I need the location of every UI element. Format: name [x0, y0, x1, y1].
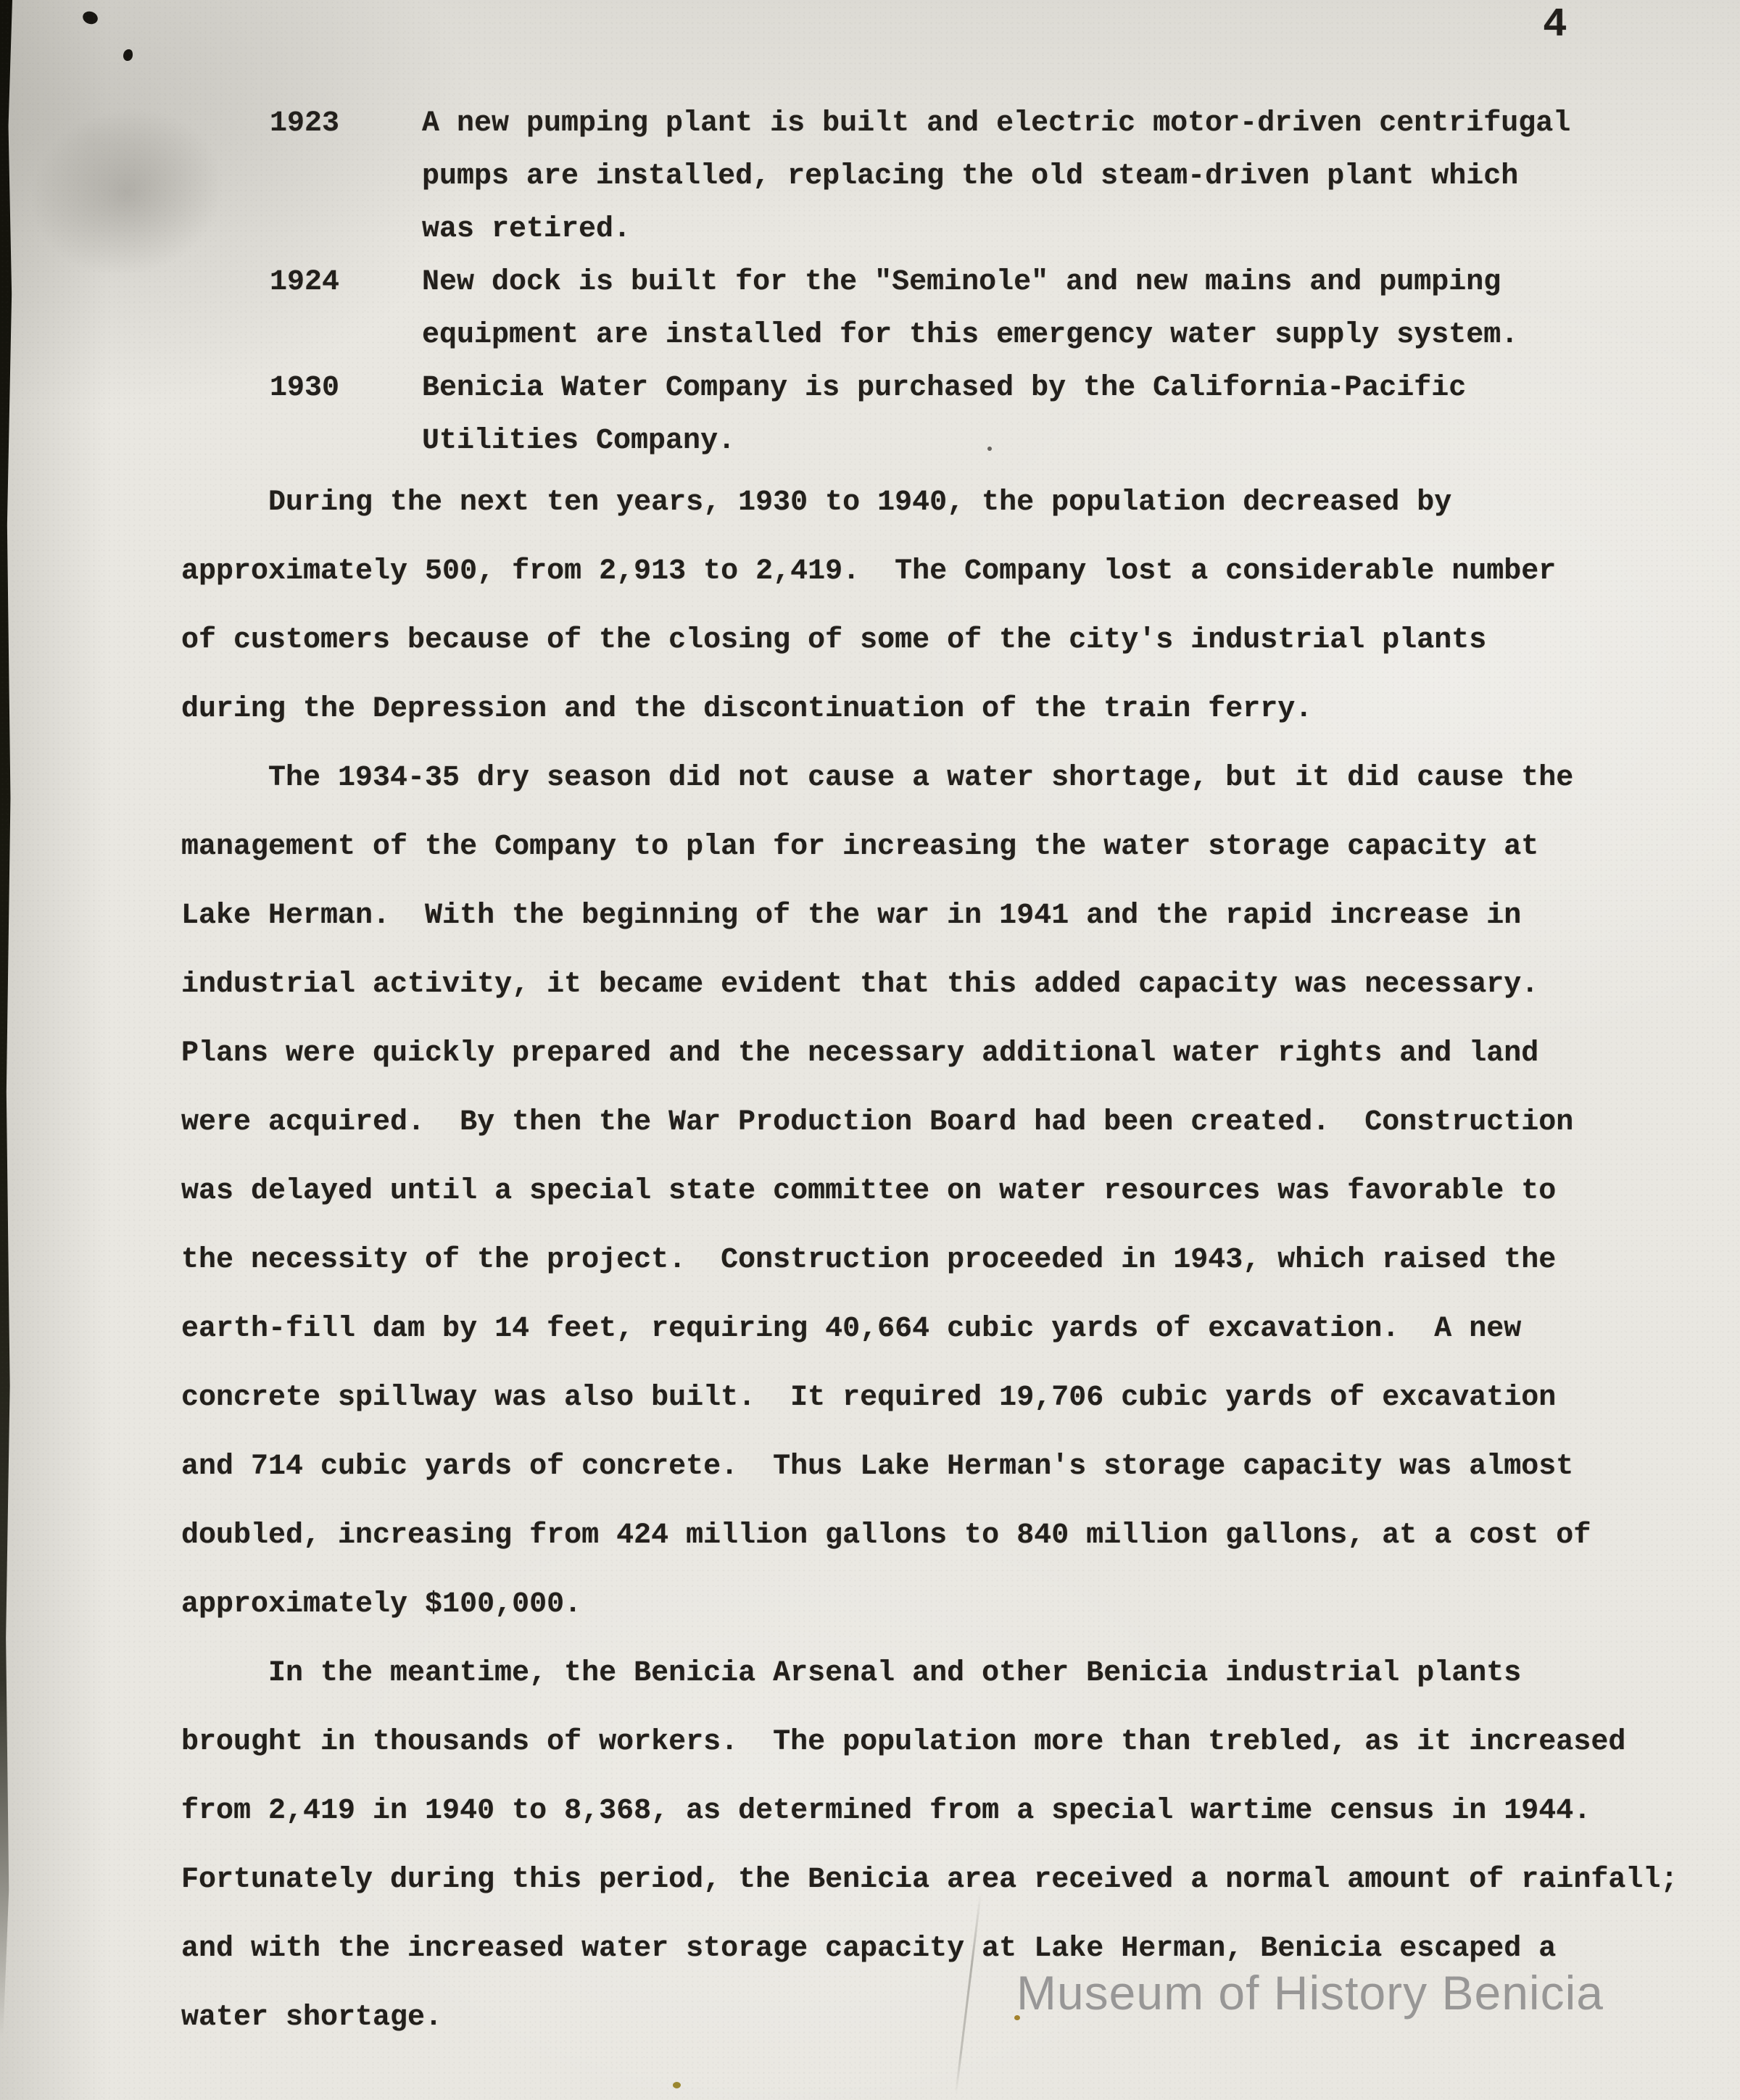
- timeline-text: Utilities Company.: [422, 415, 1570, 468]
- body-line: approximately $100,000.: [181, 1570, 1725, 1639]
- body-line: was delayed until a special state commit…: [181, 1157, 1725, 1226]
- body-line: brought in thousands of workers. The pop…: [181, 1708, 1725, 1777]
- timeline-year: 1923: [270, 97, 422, 150]
- body-line: the necessity of the project. Constructi…: [181, 1226, 1725, 1295]
- timeline-text: Benicia Water Company is purchased by th…: [422, 362, 1570, 415]
- body-line: The 1934-35 dry season did not cause a w…: [181, 744, 1725, 813]
- timeline-row: 1924New dock is built for the "Seminole"…: [270, 256, 1570, 309]
- timeline-row: was retired.: [270, 203, 1570, 256]
- body-line: doubled, increasing from 424 million gal…: [181, 1501, 1725, 1570]
- ink-speck: [81, 9, 100, 26]
- timeline-year: [270, 309, 422, 362]
- timeline-year: [270, 150, 422, 203]
- scan-edge-artifact: [0, 0, 12, 2100]
- body-line: Plans were quickly prepared and the nece…: [181, 1019, 1725, 1088]
- timeline-text: was retired.: [422, 203, 1570, 256]
- body-line: industrial activity, it became evident t…: [181, 950, 1725, 1019]
- body-line: management of the Company to plan for in…: [181, 813, 1725, 881]
- timeline-year: 1924: [270, 256, 422, 309]
- timeline-year: 1930: [270, 362, 422, 415]
- body-line: Fortunately during this period, the Beni…: [181, 1846, 1725, 1914]
- body-line: and 714 cubic yards of concrete. Thus La…: [181, 1432, 1725, 1501]
- body-line: During the next ten years, 1930 to 1940,…: [181, 468, 1725, 537]
- timeline-text: New dock is built for the "Seminole" and…: [422, 256, 1570, 309]
- stain-speck: [673, 2082, 681, 2088]
- timeline-row: Utilities Company.: [270, 415, 1570, 468]
- body-line: Lake Herman. With the beginning of the w…: [181, 881, 1725, 950]
- timeline-row: 1923A new pumping plant is built and ele…: [270, 97, 1570, 150]
- page-number: 4: [1543, 3, 1567, 46]
- timeline-text: equipment are installed for this emergen…: [422, 309, 1570, 362]
- timeline-year: [270, 415, 422, 468]
- timeline-year: [270, 203, 422, 256]
- timeline: 1923A new pumping plant is built and ele…: [270, 97, 1570, 468]
- watermark: Museum of History Benicia: [1016, 1966, 1604, 2020]
- body-line: In the meantime, the Benicia Arsenal and…: [181, 1639, 1725, 1708]
- ink-speck: [123, 49, 133, 61]
- body-line: approximately 500, from 2,913 to 2,419. …: [181, 537, 1725, 606]
- body-line: were acquired. By then the War Productio…: [181, 1088, 1725, 1157]
- body-line: earth-fill dam by 14 feet, requiring 40,…: [181, 1295, 1725, 1364]
- smudge-artifact: [11, 86, 243, 298]
- body-line: during the Depression and the discontinu…: [181, 675, 1725, 744]
- timeline-row: pumps are installed, replacing the old s…: [270, 150, 1570, 203]
- scanned-document-page: 4 1923A new pumping plant is built and e…: [0, 0, 1740, 2100]
- timeline-text: pumps are installed, replacing the old s…: [422, 150, 1570, 203]
- body-line: concrete spillway was also built. It req…: [181, 1364, 1725, 1432]
- timeline-row: equipment are installed for this emergen…: [270, 309, 1570, 362]
- timeline-row: 1930Benicia Water Company is purchased b…: [270, 362, 1570, 415]
- body-line: from 2,419 in 1940 to 8,368, as determin…: [181, 1777, 1725, 1846]
- body-line: of customers because of the closing of s…: [181, 606, 1725, 675]
- body-text: During the next ten years, 1930 to 1940,…: [181, 468, 1725, 2052]
- timeline-text: A new pumping plant is built and electri…: [422, 97, 1570, 150]
